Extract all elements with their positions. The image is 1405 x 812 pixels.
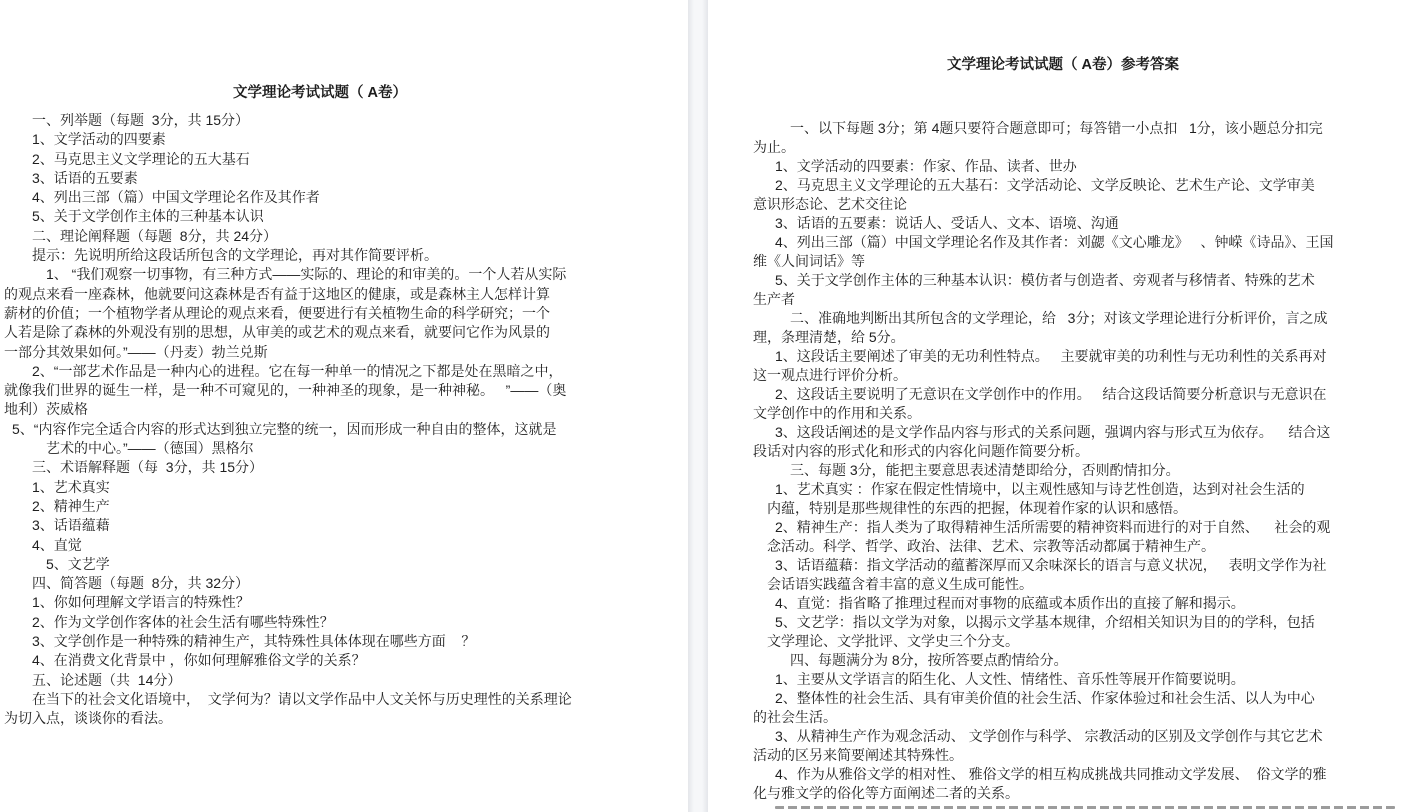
text-line: 2、“一部艺术作品是一种内心的进程。它在每一种单一的情况之下都是处在黑暗之中， (4, 362, 672, 381)
text-line: 的观点来看一座森林，他就要问这森林是否有益于这地区的健康，或是森林主人怎样计算 (4, 285, 672, 304)
text-line: 意识形态论、艺术交往论 (753, 195, 1385, 214)
text-line: 生产者 (753, 290, 1385, 309)
text-line: 4、直觉：指省略了推理过程而对事物的底蕴或本质作出的直接了解和揭示。 (753, 594, 1385, 613)
text-line: 2、整体性的社会生活、具有审美价值的社会生活、作家体验过和社会生活、以人为中心 (753, 689, 1385, 708)
page-title: 文学理论考试试题（ A卷）参考答案 (753, 56, 1385, 75)
text-line: 四、简答题（每题 8分，共 32分） (4, 574, 672, 593)
text-line: 2、这段话主要说明了无意识在文学创作中的作用。 结合这段话简要分析意识与无意识在 (753, 385, 1385, 404)
text-line: 理，条理清楚，给 5分。 (753, 328, 1385, 347)
text-line: 1、艺术真实 ：作家在假定性情境中，以主观性感知与诗艺性创造，达到对社会生活的 (753, 480, 1385, 499)
text-line: 活动的区另来简要阐述其特殊性。 (753, 746, 1385, 765)
text-line: 2、马克思主义文学理论的五大基石：文学活动论、文学反映论、艺术生产论、文学审美 (753, 176, 1385, 195)
text-line: 一、列举题（每题 3分，共 15分） (4, 111, 672, 130)
text-line: 1、主要从文学语言的陌生化、人文性、情绪性、音乐性等展开作简要说明。 (753, 670, 1385, 689)
text-line: 一、以下每题 3分；第 4题只要符合题意即可；每答错一小点扣 1分，该小题总分扣… (753, 119, 1385, 138)
text-line: 4、列出三部（篇）中国文学理论名作及其作者 (4, 188, 672, 207)
text-line: 五、论述题（共 14分） (4, 671, 672, 690)
text-line: 会话语实践蕴含着丰富的意义生成可能性。 (753, 575, 1385, 594)
text-line: 4、在消费文化背景中 ，你如何理解雅俗文学的关系？ (4, 651, 672, 670)
text-line: 2、精神生产：指人类为了取得精神生活所需要的精神资料而进行的对于自然、 社会的观 (753, 518, 1385, 537)
text-line: 地利）茨威格 (4, 400, 672, 419)
text-line: 就像我们世界的诞生一样，是一种不可窥见的，一种神圣的现象，是一种神秘。 ”——（… (4, 381, 672, 400)
text-line: 为切入点，谈谈你的看法。 (4, 709, 672, 728)
page-title: 文学理论考试试题（ A卷） (4, 84, 672, 103)
text-line: 提示：先说明所给这段话所包含的文学理论，再对其作简要评析。 (4, 246, 672, 265)
text-line: 1、你如何理解文学语言的特殊性？ (4, 593, 672, 612)
text-line: 为止。 (753, 138, 1385, 157)
text-line: 维《人间词话》等 (753, 252, 1385, 271)
text-line: 4、作为从雅俗文学的相对性、 雅俗文学的相互构成挑战共同推动文学发展、 俗文学的… (753, 765, 1385, 784)
text-line: 1、文学活动的四要素 (4, 130, 672, 149)
text-line: 3、话语的五要素 (4, 169, 672, 188)
text-line: 文学理论、文学批评、文学史三个分支。 (753, 632, 1385, 651)
text-line: 文学创作中的作用和关系。 (753, 404, 1385, 423)
text-line: 的社会生活。 (753, 708, 1385, 727)
text-line: 化与雅文学的俗化等方面阐述二者的关系。 (753, 784, 1385, 803)
text-line: 5、文艺学 (4, 555, 672, 574)
text-line: 段话对内容的形式化和形式的内容化问题作简要分析。 (753, 442, 1385, 461)
text-line: 2、作为文学创作客体的社会生活有哪些特殊性？ (4, 613, 672, 632)
text-line: 5、文艺学：指以文学为对象，以揭示文学基本规律，介绍相关知识为目的的学科，包括 (753, 613, 1385, 632)
text-line: 在当下的社会文化语境中， 文学何为？请以文学作品中人文关怀与历史理性的关系理论 (4, 690, 672, 709)
text-line: 二、理论阐释题（每题 8分，共 24分） (4, 227, 672, 246)
text-line: 内蕴，特别是那些规律性的东西的把握，体现着作家的认识和感悟。 (753, 499, 1385, 518)
text-line: 1、文学活动的四要素：作家、作品、读者、世办 (753, 157, 1385, 176)
text-line: 3、话语蕴藉 (4, 516, 672, 535)
text-line: 3、文学创作是一种特殊的精神生产，其特殊性具体体现在哪些方面 ？ (4, 632, 672, 651)
answer-key-page: 文学理论考试试题（ A卷）参考答案 一、以下每题 3分；第 4题只要符合题意即可… (708, 0, 1405, 812)
text-line: 3、话语蕴藉：指文学活动的蕴蓄深厚而又余味深长的语言与意义状况， 表明文学作为社 (753, 556, 1385, 575)
text-line: 5、关于文学创作主体的三种基本认识：模仿者与创造者、旁观者与移情者、特殊的艺术 (753, 271, 1385, 290)
clipped-text-glyph-tops (775, 806, 1395, 809)
text-line: 一部分其效果如何。”——（丹麦）勃兰兑斯 (4, 343, 672, 362)
answer-key-body: 一、以下每题 3分；第 4题只要符合题意即可；每答错一小点扣 1分，该小题总分扣… (753, 119, 1385, 803)
text-line: 5、关于文学创作主体的三种基本认识 (4, 207, 672, 226)
text-line: 3、这段话阐述的是文学作品内容与形式的关系问题，强调内容与形式互为依存。 结合这 (753, 423, 1385, 442)
text-line: 5、“内容作完全适合内容的形式达到独立完整的统一，因而形成一种自由的整体，这就是 (4, 420, 672, 439)
clipped-text-line (775, 806, 1395, 810)
text-line: 薪材的价值；一个植物学者从理论的观点来看，便要进行有关植物生命的科学研究；一个 (4, 304, 672, 323)
text-line: 人若是除了森林的外观没有别的思想，从审美的或艺术的观点来看，就要问它作为风景的 (4, 323, 672, 342)
text-line: 二、准确地判断出其所包含的文学理论，给 3分；对该文学理论进行分析评价，言之成 (753, 309, 1385, 328)
text-line: 4、列出三部（篇）中国文学理论名作及其作者：刘勰《文心雕龙》 、钟嵘《诗品》、王… (753, 233, 1385, 252)
text-line: 艺术的中心。”——（德国）黑格尔 (4, 439, 672, 458)
page-gap-divider (688, 0, 708, 812)
exam-question-page: 文学理论考试试题（ A卷） 一、列举题（每题 3分，共 15分）1、文学活动的四… (0, 0, 688, 812)
text-line: 念活动。科学、哲学、政治、法律、艺术、宗教等活动都属于精神生产。 (753, 537, 1385, 556)
text-line: 4、直觉 (4, 536, 672, 555)
text-line: 3、话语的五要素：说话人、受话人、文本、语境、沟通 (753, 214, 1385, 233)
text-line: 1、艺术真实 (4, 478, 672, 497)
text-line: 1、 “我们观察一切事物，有三种方式——实际的、理论的和审美的。一个人若从实际 (4, 265, 672, 284)
text-line: 3、从精神生产作为观念活动、 文学创作与科学、 宗教活动的区别及文学创作与其它艺… (753, 727, 1385, 746)
text-line: 三、术语解释题（每 3分，共 15分） (4, 458, 672, 477)
document-spread: 文学理论考试试题（ A卷） 一、列举题（每题 3分，共 15分）1、文学活动的四… (0, 0, 1405, 812)
text-line: 四、每题满分为 8分，按所答要点酌情给分。 (753, 651, 1385, 670)
text-line: 三、每题 3分，能把主要意思表述清楚即给分，否则酌情扣分。 (753, 461, 1385, 480)
text-line: 2、精神生产 (4, 497, 672, 516)
exam-question-body: 一、列举题（每题 3分，共 15分）1、文学活动的四要素2、马克思主义文学理论的… (4, 111, 672, 729)
text-line: 2、马克思主义文学理论的五大基石 (4, 150, 672, 169)
text-line: 这一观点进行评价分析。 (753, 366, 1385, 385)
text-line: 1、这段话主要阐述了审美的无功利性特点。 主要就审美的功利性与无功利性的关系再对 (753, 347, 1385, 366)
